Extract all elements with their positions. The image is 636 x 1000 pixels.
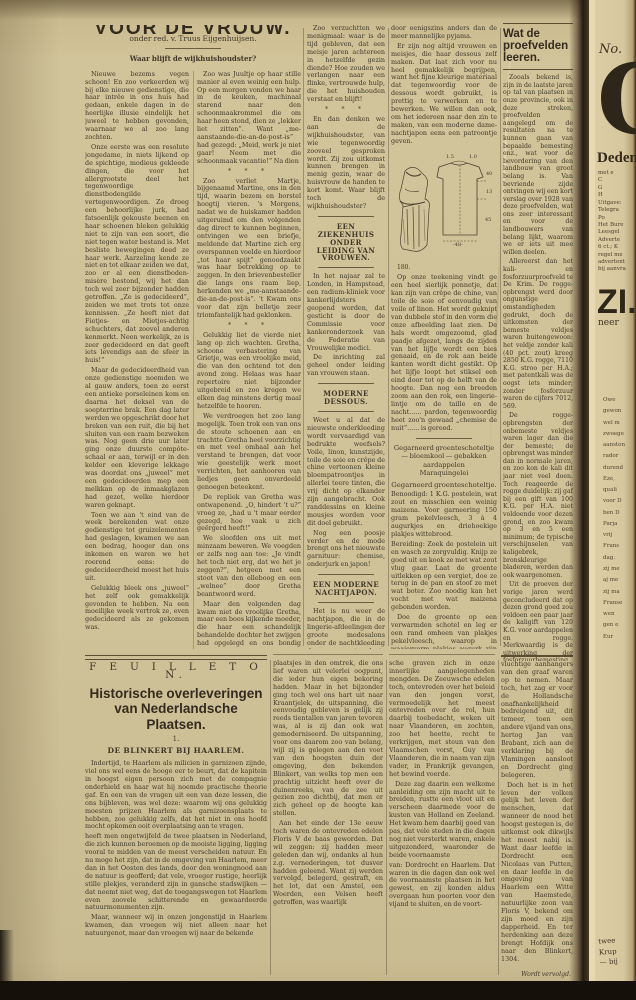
paragraph: Zoo verliet Martje, bijgenaamd Martine, …	[197, 178, 301, 320]
rule	[416, 438, 472, 439]
paragraph: Aan het einde der 13e eeuw toch waren de…	[273, 820, 383, 907]
measurement-label: 1.5	[446, 154, 454, 160]
photo-bottom-edge	[0, 981, 636, 1000]
voor-de-vrouw-header: VOOR DE VROUW. onder red. v. Truus Eijge…	[85, 25, 301, 67]
paragraph: We sloofden ons uit met minzaam beweren.…	[197, 535, 301, 598]
nightgown-pattern-drawing: 1.5 1.0 40 13 45 -48-	[391, 149, 495, 261]
paragraph: Zoo was Juultje op haar stille manier al…	[197, 71, 301, 166]
section-rule	[273, 654, 383, 655]
paragraph: Maar de gedecideerdheid van onze gediens…	[85, 367, 189, 509]
section-break: * * *	[197, 168, 301, 176]
paragraph: Maar, wanneer wij in onzen jongenstijd i…	[85, 914, 267, 938]
menu-line: Gegarneerd groenteschoteltje	[391, 444, 497, 453]
double-rule	[85, 655, 267, 660]
paragraph: Doe de groente op een verwarmden schotel…	[391, 614, 497, 649]
paragraph: Gelukkig liet de vierde niet lang op zic…	[197, 332, 301, 411]
section-break: * * *	[197, 322, 301, 330]
paragraph: plaatsjes in den omtrek, die ons lief wa…	[273, 660, 383, 818]
column-4: door eenigszins anders dan de meer manne…	[391, 25, 497, 649]
recipe-heading: Gegarneerd groenteschoteltje.	[391, 482, 497, 490]
text-fragments: twee Krup — bij	[598, 935, 618, 968]
feuilleton-column-a: F E U I L L E T O N. Historische overlev…	[85, 655, 267, 977]
feuilleton-chapter: DE BLINKERT BIJ HAARLEM.	[85, 747, 267, 755]
menu-line: — bloemkool — gebakken aardappelen	[391, 452, 497, 469]
paragraph: En dan denken we aan de wijkhuishoudster…	[307, 116, 385, 211]
paragraph: Het is nu weer de nachtjapon, die in de …	[307, 608, 385, 649]
paragraph: Indertijd, te Haarlem als milicien in ga…	[85, 760, 267, 831]
paragraph: Benoodigd: 1 K.G. postelein, wat zout en…	[391, 491, 497, 538]
proefvelden-heading: Wat de proefvelden leeren.	[503, 23, 573, 70]
feuilleton-banner: F E U I L L E T O N.	[85, 664, 267, 680]
page-fold-shadow	[569, 0, 589, 1000]
paragraph: heeft men ongetwijfeld de twee plaatsen …	[85, 833, 267, 912]
newspaper-page-photo: VOOR DE VROUW. onder red. v. Truus Eijge…	[0, 0, 636, 1000]
voor-de-vrouw-article: VOOR DE VROUW. onder red. v. Truus Eijge…	[85, 25, 301, 649]
measurement-label: 1.0	[469, 154, 477, 160]
colophon-fragments: met e C G H Uitgave: Telegra Po Het Bure…	[598, 170, 626, 274]
feuilleton-column-c: sche graven zich in onze innerlijke aang…	[389, 660, 495, 977]
paragraph: We verdroegen het zoo lang mogelijk. Toe…	[197, 413, 301, 492]
paragraph: Nieuwe bezems vegen schoon! En zoo verke…	[85, 71, 189, 142]
paragraph: van: Dordrecht en Haarlem. Dat waren in …	[389, 862, 495, 909]
masthead-initial: O	[597, 52, 636, 148]
section-rule	[389, 654, 495, 655]
paragraph: Er zijn nog altijd vrouwen en meisjes, d…	[391, 43, 497, 146]
rule	[165, 48, 221, 49]
feuilleton-column-b: plaatsjes in den omtrek, die ons lief wa…	[273, 660, 383, 977]
column-rule	[500, 28, 501, 646]
rule	[318, 574, 374, 575]
feuilleton-number: 1.	[85, 736, 267, 744]
proefvelden-article: Wat de proefvelden leeren. Zooals bekend…	[503, 23, 573, 661]
text-fragments: Owe gewon wel m zwoege aanston rador dur…	[603, 395, 625, 643]
rubric-heading: Waar blijft de wijkhuishoudster?	[85, 55, 301, 63]
measurement-label: 45	[485, 217, 491, 223]
paragraph: Nog een poosje verder en de mode brengt …	[307, 530, 385, 570]
menu-line: Maraquingelei	[391, 469, 497, 478]
paragraph: Deze zag daarin een welkome aanleiding o…	[389, 781, 495, 860]
paragraph: Weet u al dat de nieuwste onderkleeding …	[307, 417, 385, 528]
column-3: Zoo verzuchtten we menigmaal: waar is de…	[307, 25, 385, 649]
measurement-label: 40	[486, 171, 492, 177]
column-rule	[303, 28, 304, 646]
column-rule	[388, 28, 389, 646]
paragraph: Op onze teekening vindt ge een heel sier…	[391, 274, 497, 432]
feuilleton-column-d: vluchtige aanhangers van den graaf waren…	[501, 655, 573, 983]
next-page-fragment: No. O Dedem met e C G H Uitgave: Telegra…	[595, 0, 636, 981]
nightgown-pattern-figure: 1.5 1.0 40 13 45 -48- 180.	[391, 149, 497, 272]
paragraph: Zooals bekend is, zijn in de laatste jar…	[503, 74, 573, 256]
rule	[318, 216, 374, 217]
continuation-note: Wordt vervolgd.	[521, 971, 571, 979]
measurement-label: 13	[486, 189, 492, 195]
paragraph: Zoo verzuchtten we menigmaal: waar is de…	[307, 25, 385, 104]
ziekenhuis-heading: EEN ZIEKENHUIS ONDER LEIDING VAN VROUWEN…	[311, 223, 381, 263]
rule	[318, 411, 374, 412]
figure-caption: 180.	[397, 264, 497, 272]
paragraph: door eenigszins anders dan de meer manne…	[391, 25, 497, 41]
paragraph: De repliek van Gretha was ontwapenend. „…	[197, 494, 301, 534]
headline-fragment: ZI.	[597, 283, 636, 322]
article-title: VOOR DE VROUW.	[85, 25, 301, 33]
rule	[318, 602, 374, 603]
headline-fragment: neer	[598, 318, 619, 328]
daily-menu: Gegarneerd groenteschoteltje — bloemkool…	[391, 444, 497, 478]
paragraph: Onze eerste was een resolute jongedame, …	[85, 144, 189, 365]
rule	[318, 267, 374, 268]
paragraph: Bereiding: Zoek de postelein uit en wasc…	[391, 541, 497, 612]
paragraph: De inrichting zal geheel onder leiding v…	[307, 354, 385, 378]
paragraph: vluchtige aanhangers van den graaf waren…	[501, 661, 573, 780]
paragraph: Doch het is in het leven der volken geli…	[501, 782, 573, 964]
rule	[318, 383, 374, 384]
nachtjapon-heading: EEN MODERNE NACHTJAPON.	[311, 581, 381, 597]
measurement-label: -48-	[453, 242, 463, 248]
paragraph: In het najaar zal te Londen, in Hampstea…	[307, 273, 385, 352]
feuilleton-title: Historische overleveringen van Nederland…	[85, 686, 267, 733]
column-rule	[498, 660, 499, 975]
paragraph: Gelukkig bleek ons „juweel” het zelf ook…	[85, 585, 189, 632]
paragraph: Uit de proeven der vorige jaren werd gec…	[503, 581, 573, 661]
column-rule	[270, 660, 271, 975]
paragraph: sche graven zich in onze innerlijke aang…	[389, 660, 495, 779]
dessous-heading: MODERNE DESSOUS.	[311, 390, 381, 406]
masthead-fragment: Dedem	[597, 150, 636, 167]
section-break: * * *	[307, 106, 385, 114]
paragraph: Toen we aan 't eind van de week berekend…	[85, 512, 189, 583]
photo-top-shadow	[0, 0, 636, 20]
paragraph: De rogge-opbrengsten der onbemeste veldj…	[503, 412, 573, 579]
paragraph: Allereerst dan het kali- en fosforzuurpr…	[503, 258, 573, 410]
column-rule	[386, 660, 387, 975]
photo-left-vignette	[0, 0, 60, 1000]
